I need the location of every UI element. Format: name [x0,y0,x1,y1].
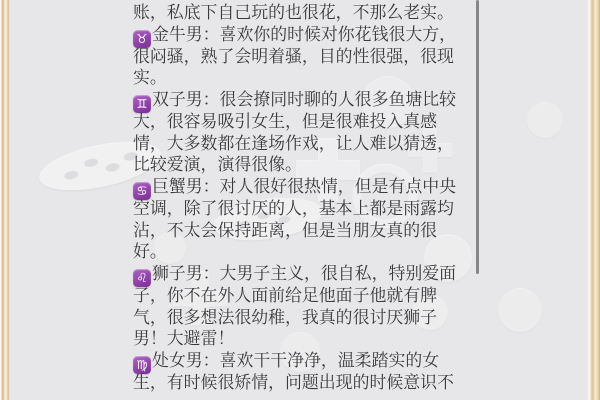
text-line: 实。 [133,67,456,89]
scrollbar-thumb[interactable] [476,0,479,274]
line-text: 巨蟹男：对人很好很热情，但是有点中央 [152,176,456,196]
line-text: 狮子男：大男子主义，很自私，特别爱面 [152,263,456,283]
line-text: 双子男：很会撩同时聊的人很多鱼塘比较 [152,89,456,109]
line-text: 账，私底下自己玩的也很花，不那么老实。 [133,2,454,22]
line-text: 好。 [133,241,167,261]
line-text: 处女男：喜欢干干净净，温柔踏实的女 [152,350,439,370]
text-line: ♌︎狮子男：大男子主义，很自私，特别爱面 [133,263,456,285]
zodiac-article-text: 账，私底下自己玩的也很花，不那么老实。♉︎金牛男：喜欢你的时候对你花钱很大方，很… [133,2,456,394]
text-line: 空调，除了很讨厌的人，基本上都是雨露均 [133,198,456,220]
frame-left-border [0,0,10,400]
text-line: ♍︎处女男：喜欢干干净净，温柔踏实的女 [133,350,456,372]
line-text: 很闷骚，熟了会明着骚，目的性很强，很现 [133,46,454,66]
line-text: 金牛男：喜欢你的时候对你花钱很大方， [152,24,456,44]
line-text: 大，很容易吸引女生，但是很难投入真感 [133,111,437,131]
line-text: 沾，不太会保持距离，但是当朋友真的很 [133,220,437,240]
line-text: 气，很多想法很幼稚，我真的很讨厌狮子 [133,307,437,327]
line-text: 情，大多数都在逢场作戏，让人难以猜透， [133,133,454,153]
line-text: 比较爱演，演得很像。 [133,154,302,174]
text-line: ♋︎巨蟹男：对人很好很热情，但是有点中央 [133,176,456,198]
text-line: 子，你不在外人面前给足他面子他就有脾 [133,285,456,307]
text-line: 好。 [133,241,456,263]
line-text: 实。 [133,67,167,87]
frame-right-border [587,0,600,400]
text-line: 气，很多想法很幼稚，我真的很讨厌狮子 [133,307,456,329]
text-line: 男！大避雷！ [133,328,456,350]
text-line: ♉︎金牛男：喜欢你的时候对你花钱很大方， [133,24,456,46]
text-line: 情，大多数都在逢场作戏，让人难以猜透， [133,133,456,155]
line-text: 子，你不在外人面前给足他面子他就有脾 [133,285,437,305]
text-line: 账，私底下自己玩的也很花，不那么老实。 [133,2,456,24]
text-line: ♊︎双子男：很会撩同时聊的人很多鱼塘比较 [133,89,456,111]
text-line: 比较爱演，演得很像。 [133,154,456,176]
line-text: 男！大避雷！ [133,328,234,348]
text-line: 大，很容易吸引女生，但是很难投入真感 [133,111,456,133]
line-text: 生，有时候很矫情，问题出现的时候意识不 [133,372,454,392]
text-line: 很闷骚，熟了会明着骚，目的性很强，很现 [133,46,456,68]
text-line: 沾，不太会保持距离，但是当朋友真的很 [133,220,456,242]
text-line: 生，有时候很矫情，问题出现的时候意识不 [133,372,456,394]
line-text: 空调，除了很讨厌的人，基本上都是雨露均 [133,198,454,218]
